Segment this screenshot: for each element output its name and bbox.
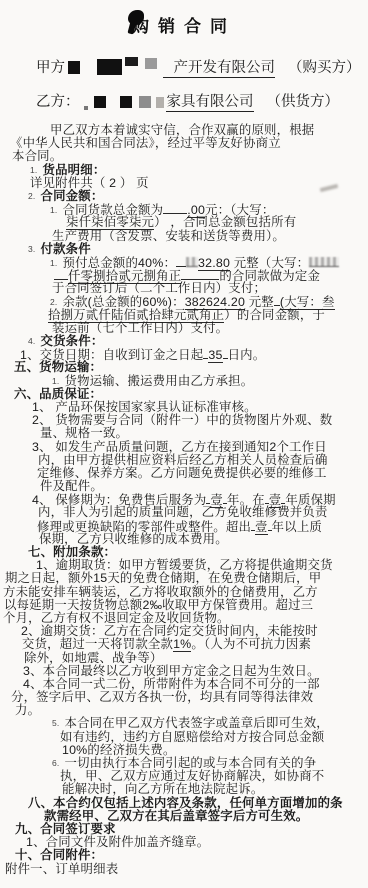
text-segment: 附件一、订单明细表 (5, 862, 118, 876)
text-segment: 1. (50, 258, 58, 268)
party-a-row: 甲方产开发有限公司（购买方） (0, 56, 368, 76)
text-segment: 货品明细： (43, 163, 106, 177)
text-segment: 货物运输、搬运费用由乙方承担。 (65, 374, 254, 388)
text-segment: 2. (28, 191, 36, 201)
text-segment: 6. (52, 758, 60, 768)
contract-line: 附件一、订单明细表 (0, 863, 368, 876)
redaction-block (139, 96, 151, 108)
text-segment: 3、本合同最终以乙方收到甲方定金之日起为生效日。 (23, 664, 320, 678)
contract-line: 4.交货条件： (0, 335, 368, 348)
text-segment: 十、合同附件： (15, 848, 103, 862)
redaction-block (97, 59, 122, 75)
text-segment: 合同金额： (41, 189, 104, 203)
text-segment: 五、货物运输： (14, 360, 102, 374)
text-segment: 定维修、保养方案。乙方问题免费提供必要的维修工 (37, 466, 327, 480)
text-segment: 预付总金额的40%： (63, 256, 177, 270)
text-segment: 本合同。 (12, 149, 62, 163)
text-segment: 九、合同签订要求 (15, 822, 116, 836)
text-segment: 壹 (255, 520, 268, 535)
blank-underline (176, 256, 186, 267)
text-segment: 35 (208, 348, 222, 363)
text-segment: 交货条件： (41, 334, 104, 348)
text-segment: ） ，合同总金额包括所有 (154, 215, 296, 229)
text-segment: 七、附加条款： (28, 545, 116, 559)
blurred-redaction (309, 257, 339, 267)
text-segment: 1. (52, 376, 60, 386)
text-segment: 量、规格一致。 (40, 426, 128, 440)
text-segment: 能解决时，向乙方所在地法院起诉。 (62, 782, 263, 796)
contract-line: 3.付款条件 (0, 243, 368, 256)
contract-line: 内，非人为引起的质量问题，乙方免收维修费并负责 (0, 506, 368, 519)
text-segment: 1. (30, 165, 38, 175)
text-segment: 于合同签订后（二个工作日内）支付； (52, 281, 266, 295)
text-segment: 5. (52, 718, 60, 728)
text-segment: 以每延期一天按货物总额2‰收取甲方保管费用。超过三 (4, 598, 313, 612)
text-segment: 付款条件 (41, 242, 91, 256)
party-b-role: （供货方） (267, 90, 340, 111)
party-b-row: 乙方：家具有限公司（供货方） (0, 90, 368, 110)
party-a-name: 产开发有限公司 (163, 56, 275, 78)
blurred-redaction (186, 257, 198, 267)
text-segment: 生产费用（含发票、安装和送货等费用）。 (52, 229, 285, 243)
redaction-block (94, 96, 106, 108)
text-segment: 期之日起，额外15天的免费仓储期，在免费仓储期后，甲 (5, 571, 321, 585)
text-segment: 年以上质 (272, 520, 322, 534)
contract-line: 件及配件。 (0, 480, 368, 493)
redaction-block (84, 106, 88, 110)
text-segment: 详见附件共（ 2 ） 页 (30, 176, 149, 190)
redaction-block (125, 57, 138, 66)
text-segment: 交货，超过一天将罚款全款 (22, 637, 173, 651)
text-segment: 六、品质保证： (14, 387, 102, 401)
text-segment: 个月，乙方有权不退回定金及收回货物。 (3, 611, 230, 625)
text-segment: 保期，乙方只收维修的成本费用。 (39, 532, 228, 546)
contract-line: 分，签字后甲、乙双方各执一份，均具有同等得法律效 (0, 691, 368, 704)
text-segment: 装运前（七个工作日内）支付。 (52, 321, 228, 335)
contract-page: 购销合同 甲方产开发有限公司（购买方） 乙方：家具有限公司（供货方） 甲乙双方本… (0, 0, 368, 888)
text-segment: 一切由执行本合同引起的或与本合同有关的争 (65, 756, 317, 770)
text-segment: 10%的经济损失费。 (62, 743, 176, 757)
text-segment: 款需经甲、乙双方在其后盖章签字后方可生效。 (44, 809, 308, 823)
text-segment: 本合同在甲乙双方代表签字或盖章后即可生效， (65, 716, 329, 730)
text-segment: ）的合同金额，于 (224, 308, 325, 322)
text-segment: 件及配件。 (40, 479, 103, 493)
text-segment: 甲乙双方本着诚实守信，合作双赢的原则，根据 (50, 123, 314, 137)
party-b-label: 乙方： (36, 90, 80, 111)
text-segment: 元整（大写： (230, 256, 309, 270)
blank-underline (181, 269, 219, 280)
redaction-block (156, 97, 164, 108)
text-segment: 八、本合约仅包括上述内容及条款，任何单方面增加的条 (28, 796, 343, 810)
contract-line: 如有违约，违约方自愿赔偿给对方按合同总金额 (0, 731, 368, 744)
text-segment: 3、 如发生产品质量问题，乙方在接到通知2个工作日 (32, 440, 327, 454)
text-segment: 2. (50, 297, 58, 307)
blank-underline (163, 203, 187, 214)
text-segment: 4、本合同一式二份，所带附件为本合同不可分的一部 (23, 677, 320, 691)
redaction-block (120, 96, 132, 108)
contract-body: 甲乙双方本着诚实守信，合作双赢的原则，根据《中华人民共和国合同法》，经过平等友好… (0, 124, 368, 876)
contract-line: 1.预付总金额的40%：32.80 元整（大写： (0, 256, 368, 269)
party-a-role: （购买方） (288, 56, 361, 77)
text-segment: 方未能安排车辆装运，乙方将收取额外的仓储费用，乙方 (3, 585, 318, 599)
redaction-block (68, 61, 80, 74)
text-segment: 内，由甲方提供相应资料后经乙方相关人员检查后确 (38, 453, 328, 467)
text-segment: 1. (50, 205, 58, 215)
contract-line: 2.合同金额： (0, 190, 368, 203)
redaction-block (145, 58, 157, 69)
text-segment: 。（人为不可抗力因素 (191, 637, 311, 651)
text-segment: 3. (28, 244, 36, 254)
text-segment: 1、 产品环保按国家家具认证标准审核。 (32, 400, 257, 414)
blank-underline (274, 295, 280, 306)
blank-underline (54, 269, 68, 280)
text-segment: 1% (173, 637, 191, 652)
text-segment: 内，非人为引起的质量问题，乙方免收维修费并负责 (38, 505, 328, 519)
text-segment: 如有违约，违约方自愿赔偿给对方按合同总金额 (60, 730, 324, 744)
text-segment: 日内。 (228, 348, 266, 362)
text-segment: 力。 (15, 703, 40, 717)
text-segment: 4. (28, 336, 36, 346)
contract-line: 于合同签订后（二个工作日内）支付； (0, 282, 368, 295)
party-a-label: 甲方 (36, 56, 65, 77)
page-title: 购销合同 (132, 17, 236, 36)
text-segment: 除外，如地震、战争等） (24, 651, 163, 665)
contract-title-row: 购销合同 (0, 0, 368, 40)
party-b-name: 家具有限公司 (166, 90, 254, 112)
text-segment: 分，签字后甲、乙双方各执一份，均具有同等得法律效 (11, 690, 313, 704)
